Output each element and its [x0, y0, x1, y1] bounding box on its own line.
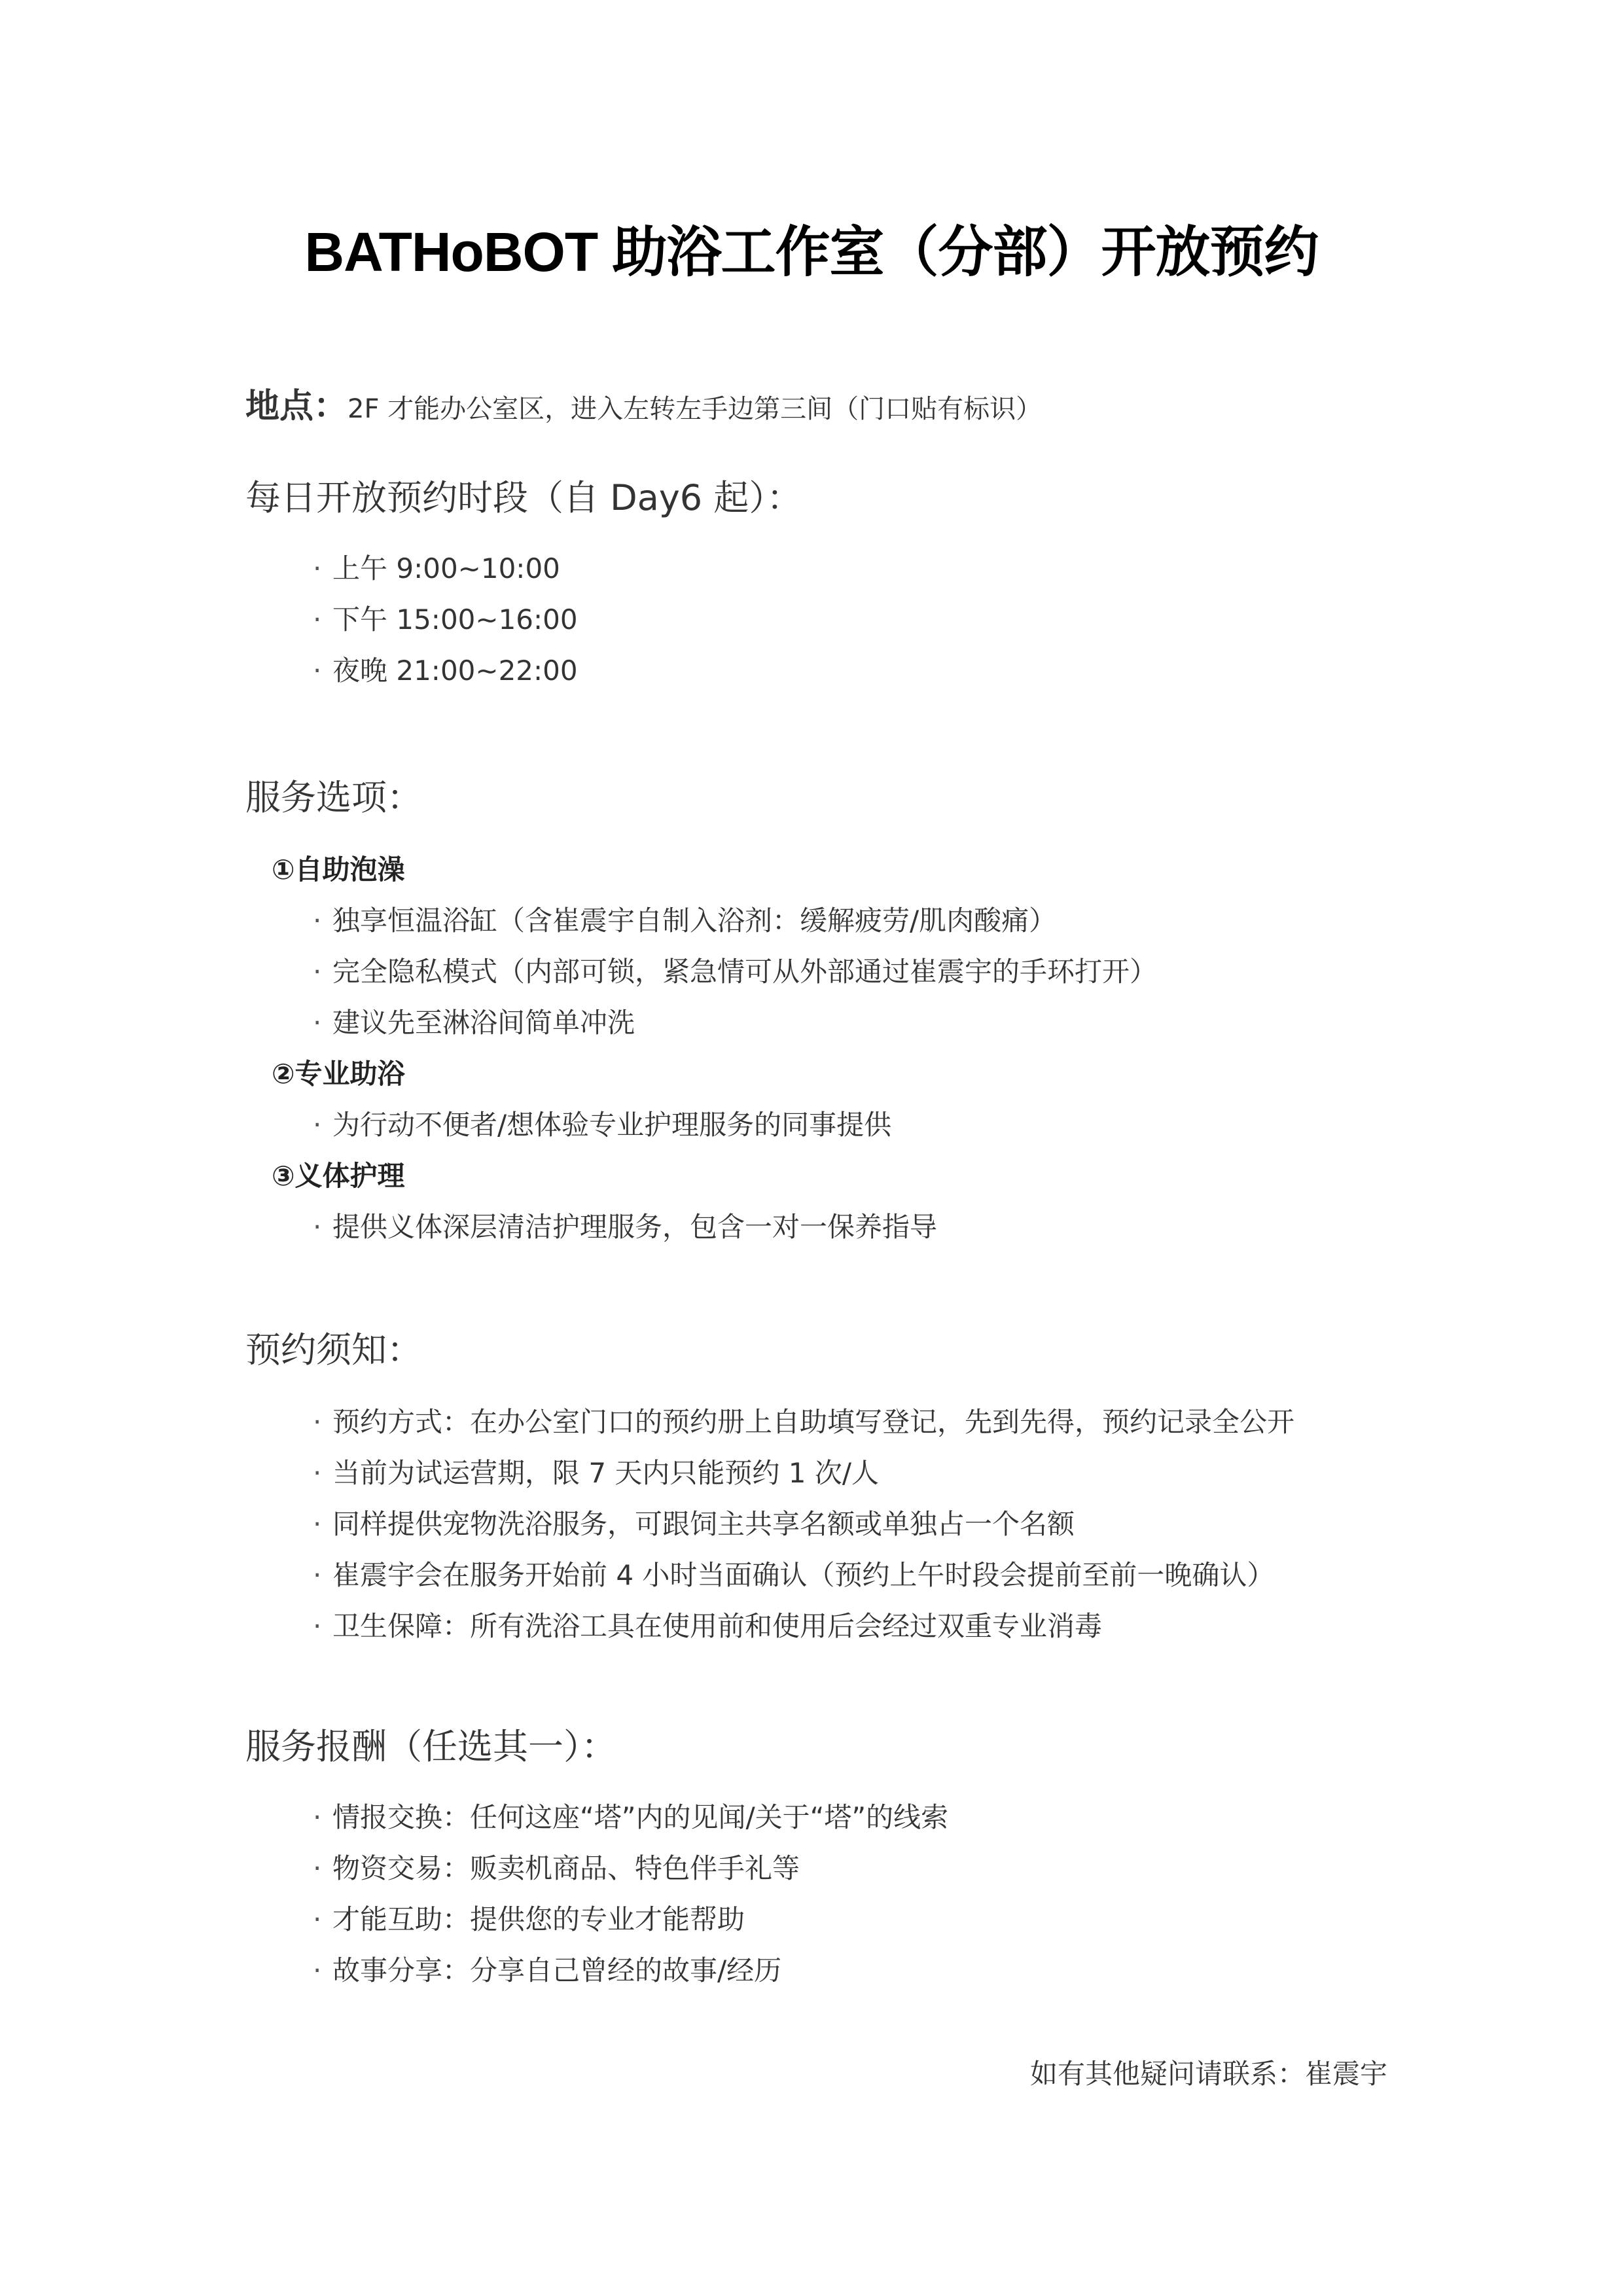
notice-item: ·当前为试运营期，限 7 天内只能预约 1 次/人	[313, 1452, 879, 1491]
bullet-icon: ·	[313, 1852, 332, 1884]
bullet-icon: ·	[313, 1109, 332, 1141]
service-option-label: ①自助泡澡	[272, 848, 405, 888]
bullet-icon: ·	[313, 552, 332, 584]
bullet-icon: ·	[313, 905, 332, 937]
page-title: BATHoBOT 助浴工作室（分部）开放预约	[0, 208, 1623, 287]
reward-heading: 服务报酬（任选其一）：	[245, 1719, 616, 1769]
service-option-label: ②专业助浴	[272, 1052, 405, 1092]
bullet-icon: ·	[313, 1903, 332, 1935]
service-option-label: ③义体护理	[272, 1155, 405, 1194]
services-heading: 服务选项：	[245, 770, 422, 820]
location-label: 地点：	[245, 387, 348, 426]
reward-item: ·故事分享：分享自己曾经的故事/经历	[313, 1949, 781, 1988]
reward-item: ·才能互助：提供您的专业才能帮助	[313, 1898, 745, 1937]
notice-item: ·崔震宇会在服务开始前 4 小时当面确认（预约上午时段会提前至前一晚确认）	[313, 1554, 1274, 1593]
bullet-icon: ·	[313, 1508, 332, 1540]
bullet-icon: ·	[313, 1007, 332, 1039]
reward-item: ·物资交易：贩卖机商品、特色伴手礼等	[313, 1847, 800, 1886]
notice-item: ·同样提供宠物洗浴服务，可跟饲主共享名额或单独占一个名额	[313, 1503, 1075, 1542]
bullet-icon: ·	[313, 655, 332, 687]
bullet-icon: ·	[313, 1801, 332, 1833]
bullet-icon: ·	[313, 1954, 332, 1986]
hours-item: ·夜晚 21:00~22:00	[313, 649, 578, 689]
service-item: ·为行动不便者/想体验专业护理服务的同事提供	[313, 1103, 891, 1143]
location-text: 2F 才能办公室区，进入左转左手边第三间（门口贴有标识）	[348, 394, 1042, 424]
service-item: ·独享恒温浴缸（含崔震宇自制入浴剂：缓解疲劳/肌肉酸痛）	[313, 899, 1056, 939]
bullet-icon: ·	[313, 1211, 332, 1243]
hours-heading: 每日开放预约时段（自 Day6 起）：	[245, 470, 802, 520]
bullet-icon: ·	[313, 1406, 332, 1438]
notice-heading: 预约须知：	[245, 1322, 422, 1372]
notice-item: ·预约方式：在办公室门口的预约册上自助填写登记，先到先得，预约记录全公开	[313, 1401, 1294, 1440]
bullet-icon: ·	[313, 1559, 332, 1591]
reward-item: ·情报交换：任何这座“塔”内的见闻/关于“塔”的线索	[313, 1796, 948, 1835]
bullet-icon: ·	[313, 603, 332, 636]
contact-note: 如有其他疑问请联系：崔震宇	[1030, 2053, 1387, 2092]
service-item: ·完全隐私模式（内部可锁，紧急情可从外部通过崔震宇的手环打开）	[313, 950, 1157, 990]
bullet-icon: ·	[313, 1610, 332, 1642]
hours-item: ·下午 15:00~16:00	[313, 598, 578, 637]
service-item: ·提供义体深层清洁护理服务，包含一对一保养指导	[313, 1206, 937, 1245]
bullet-icon: ·	[313, 1457, 332, 1489]
service-item: ·建议先至淋浴间简单冲洗	[313, 1001, 635, 1041]
notice-item: ·卫生保障：所有洗浴工具在使用前和使用后会经过双重专业消毒	[313, 1605, 1102, 1644]
hours-item: ·上午 9:00~10:00	[313, 547, 560, 586]
location-row: 地点：2F 才能办公室区，进入左转左手边第三间（门口贴有标识）	[245, 378, 1042, 427]
bullet-icon: ·	[313, 956, 332, 988]
